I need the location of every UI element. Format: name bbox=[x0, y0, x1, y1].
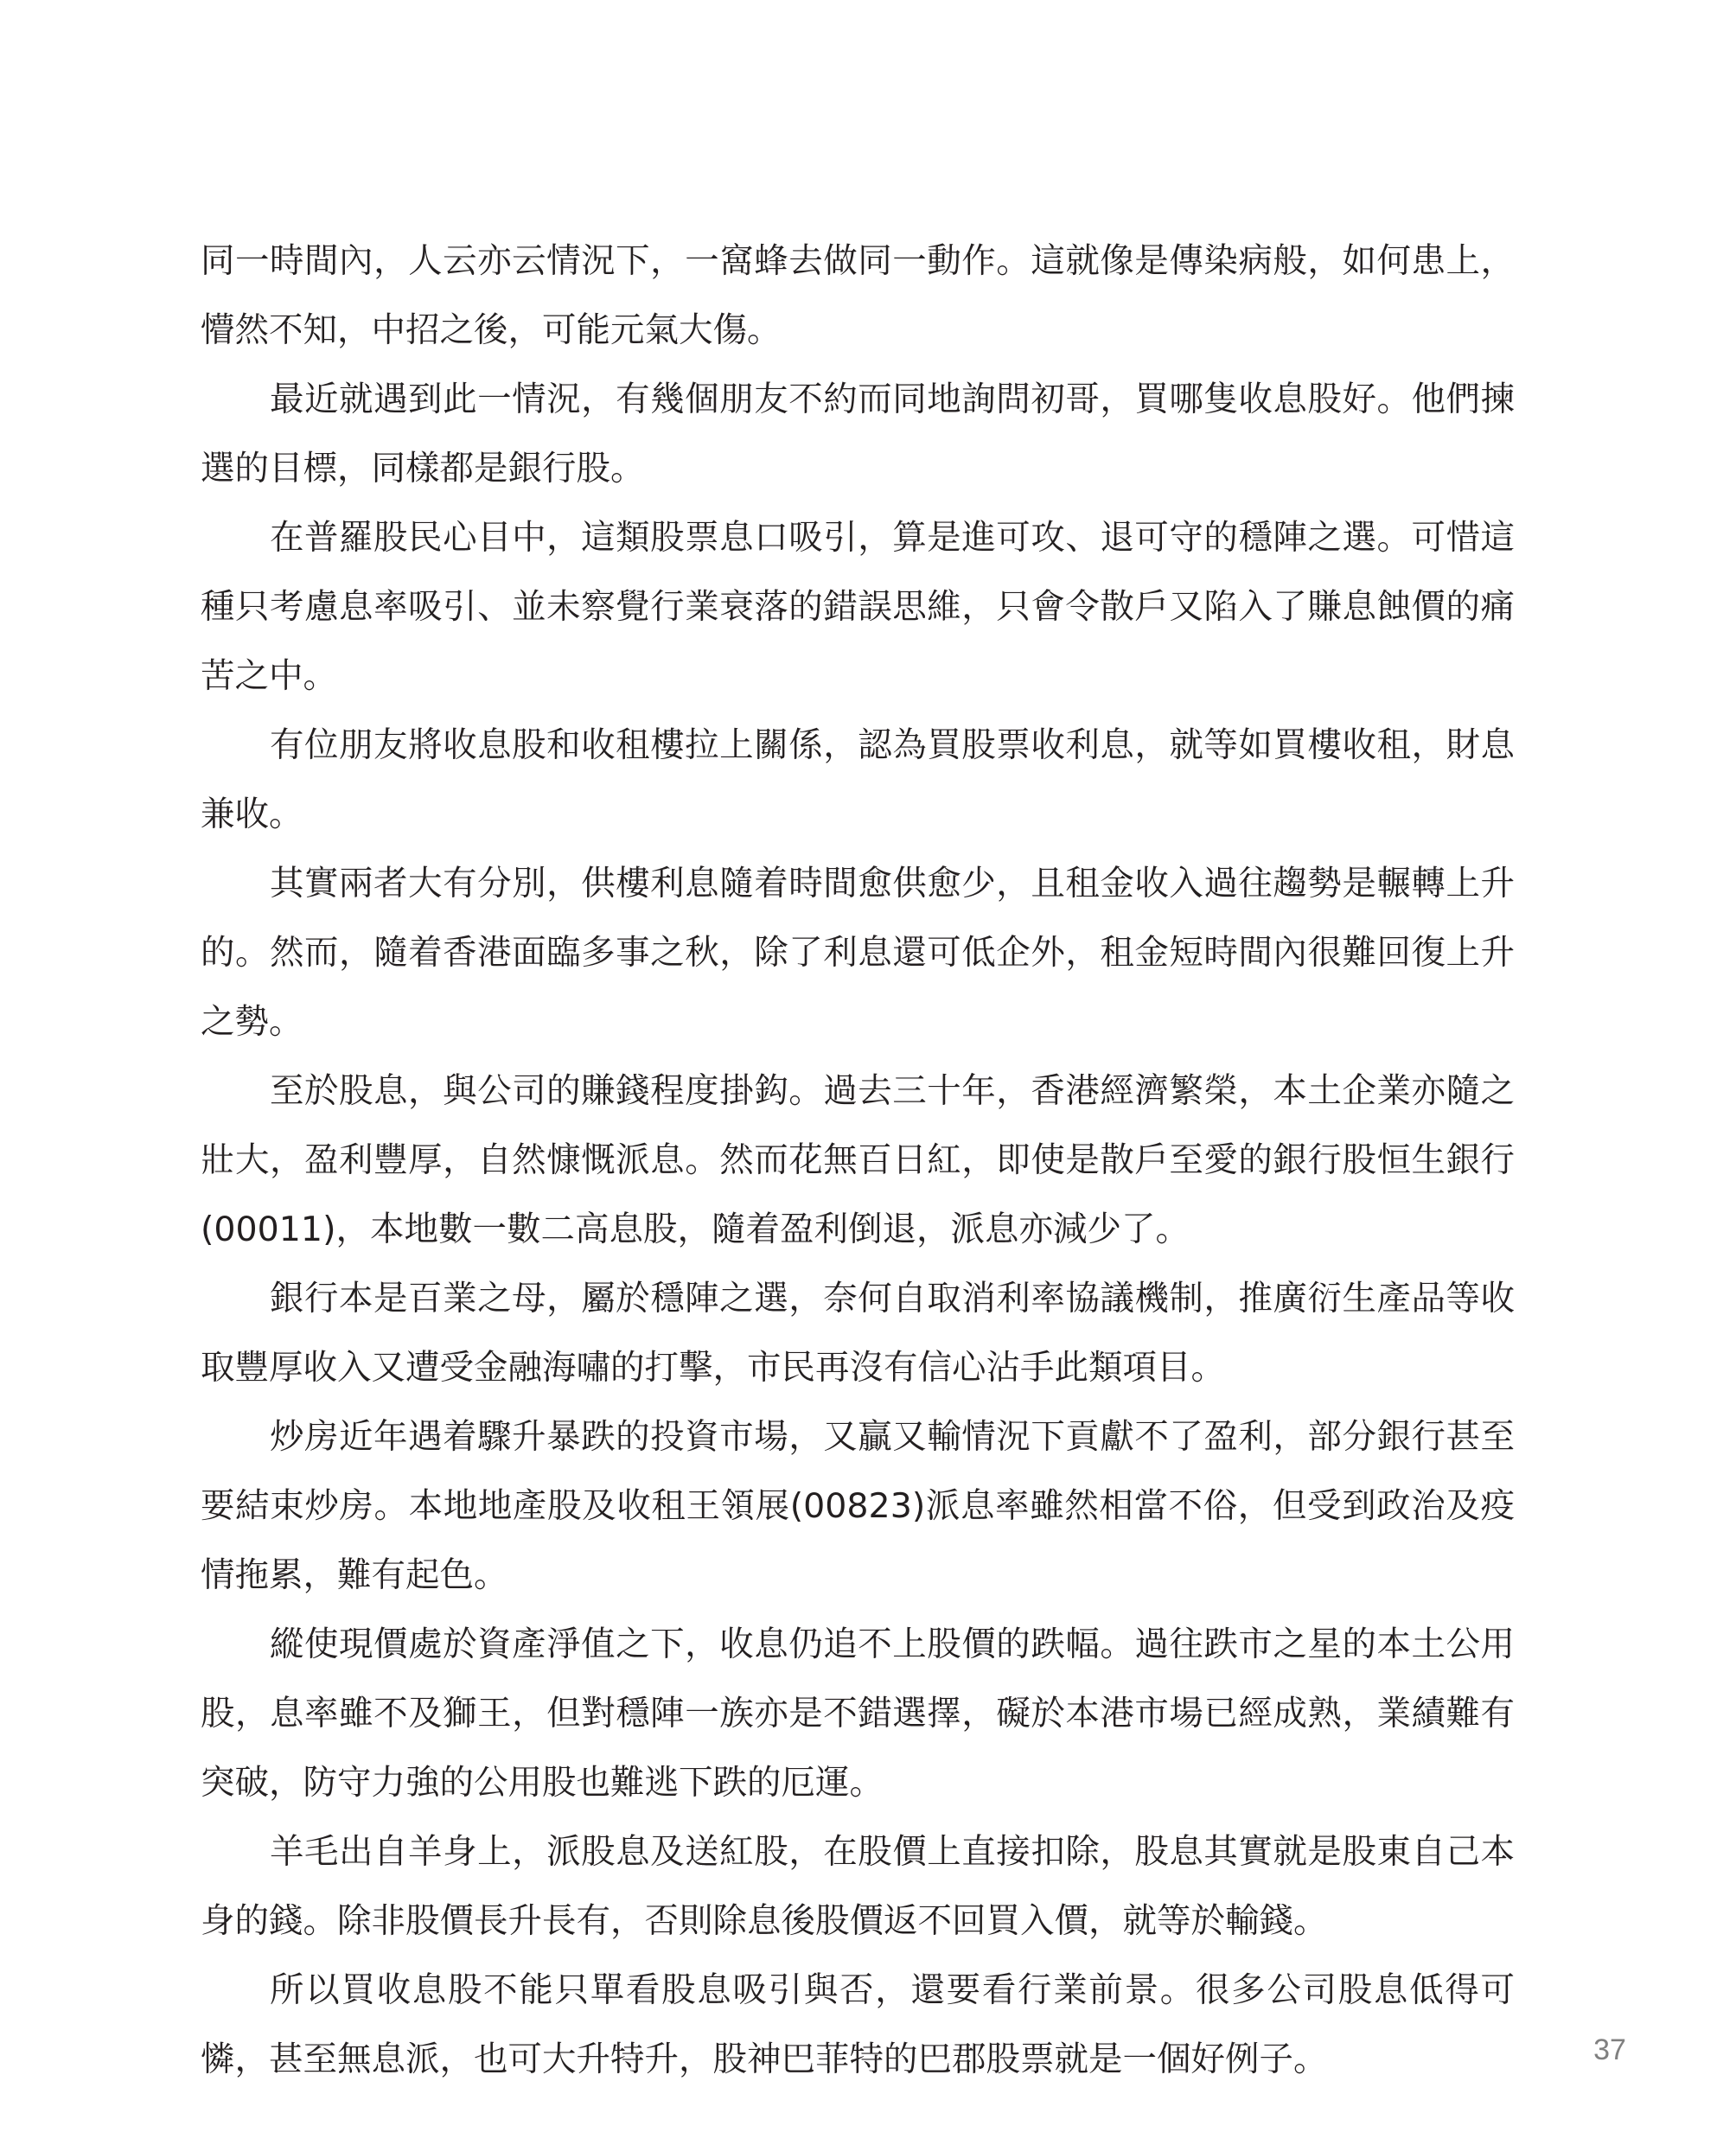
paragraph: 有位朋友將收息股和收租樓拉上關係，認為買股票收利息，就等如買樓收租，財息兼收。 bbox=[201, 711, 1515, 849]
article-body: 同一時間內，人云亦云情況下，一窩蜂去做同一動作。這就像是傳染病般，如何患上，懵然… bbox=[201, 227, 1515, 2094]
paragraph: 至於股息，與公司的賺錢程度掛鈎。過去三十年，香港經濟繁榮，本土企業亦隨之壯大，盈… bbox=[201, 1057, 1515, 1264]
paragraph-continued: 同一時間內，人云亦云情況下，一窩蜂去做同一動作。這就像是傳染病般，如何患上，懵然… bbox=[201, 227, 1515, 365]
paragraph: 最近就遇到此一情況，有幾個朋友不約而同地詢問初哥，買哪隻收息股好。他們揀選的目標… bbox=[201, 365, 1515, 503]
document-page: 同一時間內，人云亦云情況下，一窩蜂去做同一動作。這就像是傳染病般，如何患上，懵然… bbox=[0, 0, 1736, 2145]
paragraph: 羊毛出自羊身上，派股息及送紅股，在股價上直接扣除，股息其實就是股東自己本身的錢。… bbox=[201, 1817, 1515, 1956]
paragraph: 其實兩者大有分別，供樓利息隨着時間愈供愈少，且租金收入過往趨勢是輾轉上升的。然而… bbox=[201, 849, 1515, 1057]
paragraph: 在普羅股民心目中，這類股票息口吸引，算是進可攻、退可守的穩陣之選。可惜這種只考慮… bbox=[201, 503, 1515, 711]
paragraph: 炒房近年遇着驟升暴跌的投資市場，又贏又輸情況下貢獻不了盈利，部分銀行甚至要結束炒… bbox=[201, 1402, 1515, 1610]
page-number: 37 bbox=[1584, 2033, 1636, 2067]
paragraph: 縱使現價處於資產淨值之下，收息仍追不上股價的跌幅。過往跌市之星的本土公用股，息率… bbox=[201, 1610, 1515, 1817]
paragraph: 銀行本是百業之母，屬於穩陣之選，奈何自取消利率協議機制，推廣衍生產品等收取豐厚收… bbox=[201, 1264, 1515, 1402]
paragraph: 所以買收息股不能只單看股息吸引與否，還要看行業前景。很多公司股息低得可憐，甚至無… bbox=[201, 1956, 1515, 2094]
